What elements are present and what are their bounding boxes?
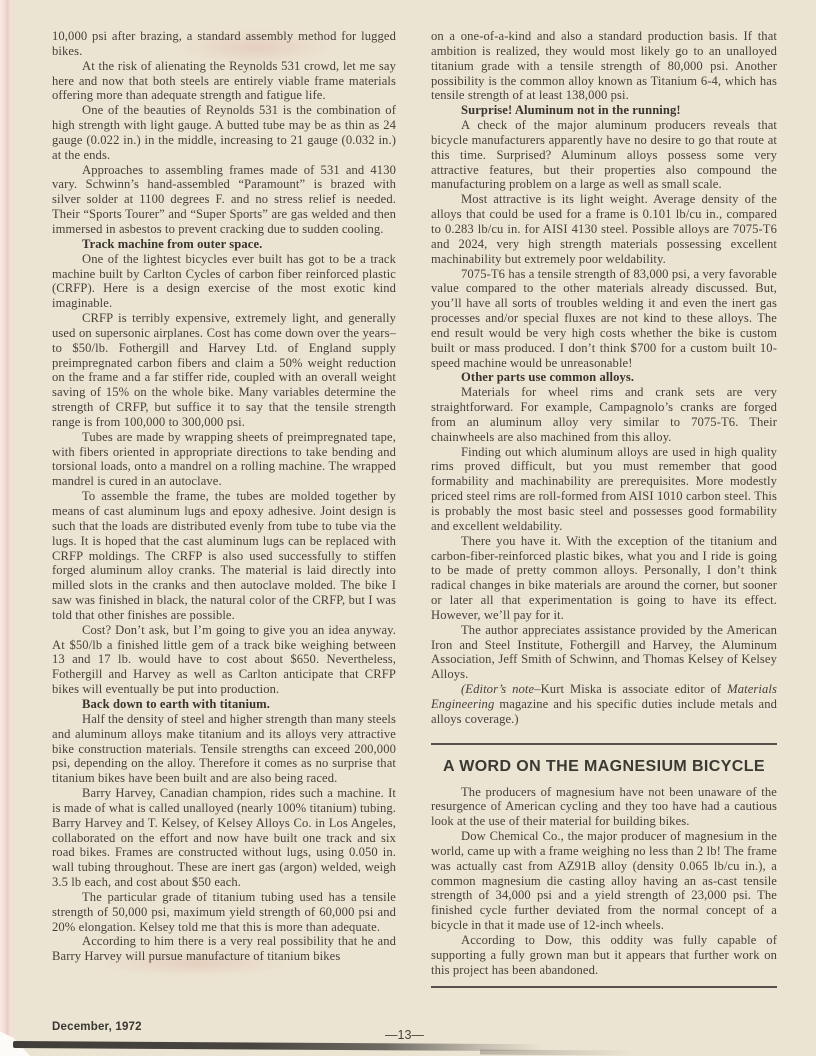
run-in-heading: Back down to earth with titanium. (52, 697, 396, 712)
paragraph: The producers of magnesium have not been… (431, 785, 777, 830)
horizontal-rule (431, 986, 777, 988)
paragraph: (Editor’s note–Kurt Miska is associate e… (431, 682, 777, 727)
paragraph: To assemble the frame, the tubes are mol… (52, 489, 396, 623)
paragraph: Dow Chemical Co., the major producer of … (431, 829, 777, 933)
run-in-heading: Surprise! Aluminum not in the running! (431, 103, 777, 118)
run-in-heading: Other parts use common alloys. (431, 370, 777, 385)
paragraph: According to Dow, this oddity was fully … (431, 933, 777, 978)
paragraph: Finding out which aluminum alloys are us… (431, 445, 777, 534)
paragraph: on a one-of-a-kind and also a standard p… (431, 29, 777, 103)
italic-text: (Editor’s note (461, 682, 534, 696)
horizontal-rule (431, 743, 777, 745)
paragraph: According to him there is a very real po… (52, 934, 396, 964)
paragraph: At the risk of alienating the Reynolds 5… (52, 59, 396, 104)
section-heading: A WORD ON THE MAGNESIUM BICYCLE (431, 760, 777, 775)
paragraph: There you have it. With the exception of… (431, 534, 777, 623)
paragraph: Cost? Don’t ask, but I’m going to give y… (52, 623, 396, 697)
right-column: on a one-of-a-kind and also a standard p… (431, 29, 777, 988)
footer-issue-date: December, 1972 (52, 1021, 142, 1033)
paragraph: The particular grade of titanium tubing … (52, 890, 396, 935)
paragraph: Half the density of steel and higher str… (52, 712, 396, 786)
paragraph: 10,000 psi after brazing, a standard ass… (52, 29, 396, 59)
paragraph: One of the lightest bicycles ever built … (52, 252, 396, 311)
paragraph: The author appreciates assistance provid… (431, 623, 777, 682)
paragraph: Approaches to assembling frames made of … (52, 163, 396, 237)
page-bottom-edge (13, 1041, 543, 1051)
paragraph: 7075-T6 has a tensile strength of 83,000… (431, 267, 777, 371)
paragraph: Tubes are made by wrapping sheets of pre… (52, 430, 396, 489)
paragraph: Most attractive is its light weight. Ave… (431, 192, 777, 266)
page-bottom-edge-fade (480, 1050, 650, 1056)
paragraph: CRFP is terribly expensive, extremely li… (52, 311, 396, 430)
left-column: 10,000 psi after brazing, a standard ass… (52, 29, 396, 964)
paragraph: One of the beauties of Reynolds 531 is t… (52, 103, 396, 162)
paragraph: A check of the major aluminum producers … (431, 118, 777, 192)
paragraph: Barry Harvey, Canadian champion, rides s… (52, 786, 396, 890)
plain-text: –Kurt Miska is associate editor of (534, 682, 727, 696)
paragraph: Materials for wheel rims and crank sets … (431, 385, 777, 444)
run-in-heading: Track machine from outer space. (52, 237, 396, 252)
magazine-page: 10,000 psi after brazing, a standard ass… (0, 0, 816, 1056)
page-left-edge-strip (0, 0, 18, 1056)
footer-page-number: —13— (385, 1028, 424, 1042)
